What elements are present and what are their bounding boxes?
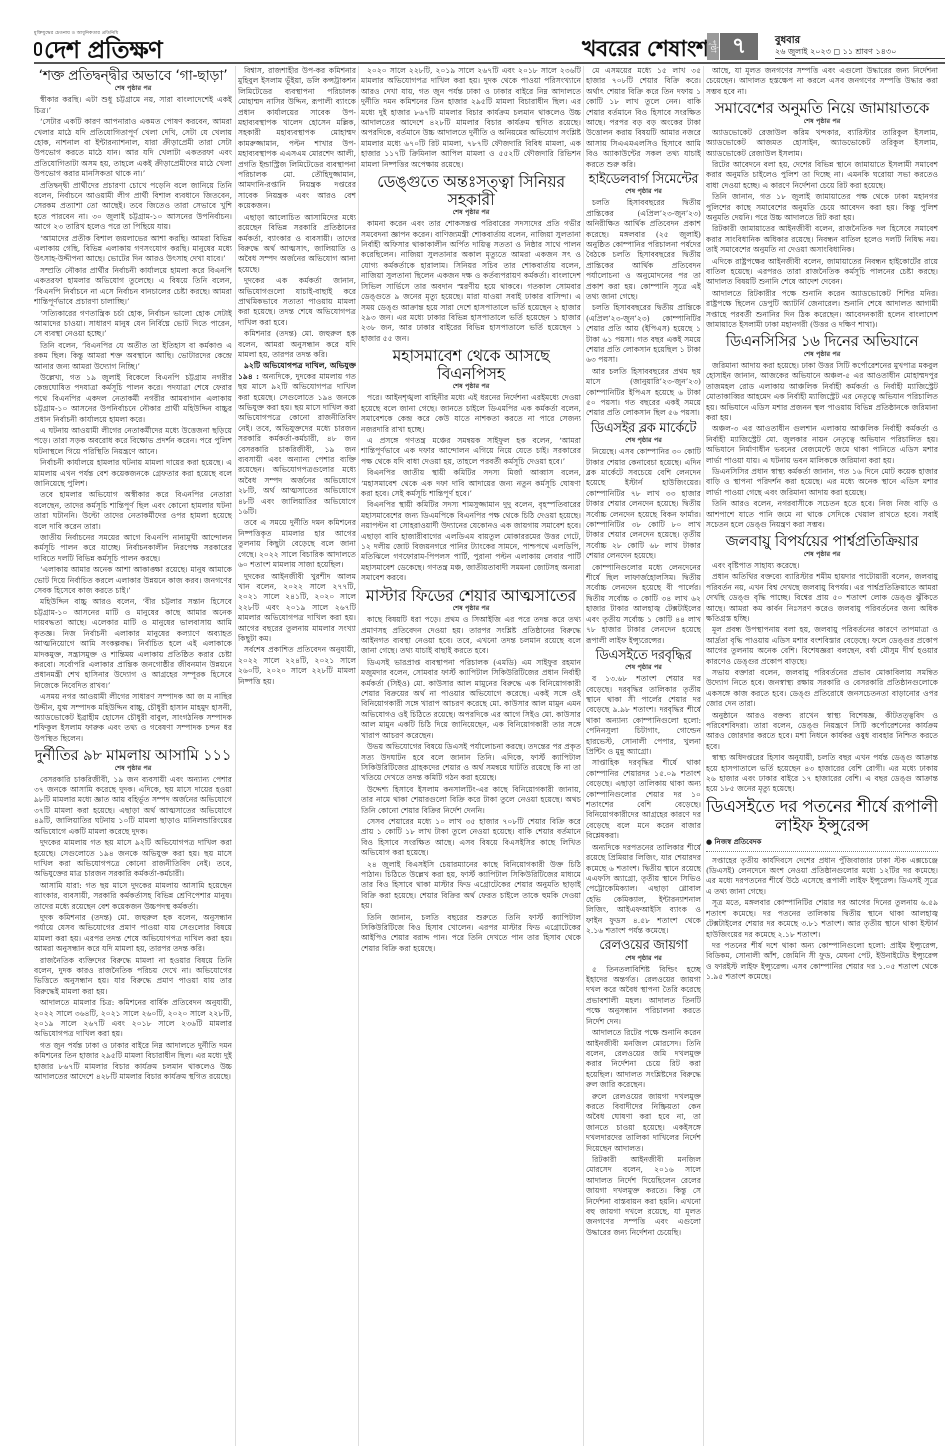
byline-text: নিজস্ব প্রতিবেদক bbox=[715, 837, 762, 846]
paragraph: অঞ্চল-৩ এর আওতাধীন গুলশান এলাকায় আঞ্চলি… bbox=[706, 424, 938, 466]
paragraph: তিনি জানান, চলতি বছরের শুরুতে তিনি ফার্স… bbox=[361, 913, 581, 955]
paragraph: প্রধান অতিথির বক্তব্যে ব্যারিস্টার শমীম … bbox=[706, 572, 938, 624]
article-jamaat: সমাবেশের অনুমতি নিয়ে জামায়াতকে শেষ পৃষ… bbox=[706, 100, 938, 330]
masthead: মুক্তিযুদ্ধের চেতনায় ও আধুনিকতার প্রতিন… bbox=[0, 0, 945, 62]
paragraph: রুলে রেলওয়ের জায়গা দখলমুক্ত করতে বিবাদ… bbox=[586, 1092, 701, 1154]
paragraph: এছাড়া আলোচিত আসামিদের মধ্যে রয়েছেন বিভ… bbox=[238, 213, 356, 275]
paragraph: আসামি যারা: গত ছয় মাসে দুদকের মামলায় আ… bbox=[34, 881, 232, 912]
paragraph: স্বাস্থ্য অধিদপ্তরের হিসাব অনুযায়ী, চলত… bbox=[706, 753, 938, 795]
paragraph: পরে। আইনশৃঙ্খলা বাহিনীর মধ্যে এই ধরনের ন… bbox=[361, 393, 581, 435]
paragraph: দুদক কমিশনার (তদন্ত) মো. জহুরুল হক বলেন,… bbox=[34, 913, 232, 955]
paragraph: জরিমানা আদায় করা হয়েছে। ঢাকা উত্তর সিট… bbox=[706, 361, 938, 423]
page-number: ৭ bbox=[720, 33, 758, 60]
paragraph: রিটকারী আইনজীবী মনজিল মোরসেদ বলেন, ২০১৬ … bbox=[586, 1155, 701, 1238]
paragraph: কোম্পানিগুলোর মধ্যে লেনদেনের শীর্ষে ছিল … bbox=[586, 563, 701, 646]
headline[interactable]: ডিএসইর ব্লক মার্কেটে bbox=[586, 422, 701, 436]
continued-label: শেষ পৃষ্ঠার পর bbox=[706, 350, 938, 359]
headline[interactable]: ‘শক্ত প্রতিদ্বন্দ্বীর অভাবে ‘গা-ছাড়া’ bbox=[34, 69, 232, 84]
paragraph: অনুষ্ঠানে আরও বক্তব্য রাখেন স্বাস্থ্য বি… bbox=[706, 711, 938, 753]
paragraph: সাপ্তাহিক দরবৃদ্ধির শীর্ষে থাকা কোম্পানি… bbox=[586, 758, 701, 841]
paragraph: স্বীকার করছি। এটা শুধু চট্টগ্রামে নয়, স… bbox=[34, 95, 232, 116]
paragraph: তিনি জানান, গত ১৮ জুলাই জামায়াতের পক্ষ … bbox=[706, 192, 938, 223]
continued-label: শেষ পৃষ্ঠার পর bbox=[706, 550, 938, 559]
continued-label: শেষ পৃষ্ঠার পর bbox=[586, 187, 701, 196]
paragraph: বিএনপির জাতীয় স্থায়ী কমিটির সদস্য মির্… bbox=[361, 468, 581, 499]
paragraph: তবে এ সময়ে দুর্নীতি দমন কমিশনের নিষ্পত্… bbox=[238, 518, 356, 570]
paragraph: কাছে বিষয়টি ধরা পড়ে। প্রথম ও সিআইজি এর… bbox=[361, 615, 581, 657]
article-dengue: ডেঙ্গুতে অন্তঃসত্ত্বা সিনিয়র সহকারী শেষ… bbox=[361, 173, 581, 344]
continued-label: শেষ পৃষ্ঠার পর bbox=[361, 604, 581, 613]
paragraph: ‘এলাকায় আমার অনেক আশা আকাঙ্ক্ষা রয়েছে।… bbox=[34, 565, 232, 596]
emblem-icon bbox=[34, 42, 42, 56]
paragraph: জাতীয় নির্বাচনের সময়ের আগে বিএনপি নানা… bbox=[34, 533, 232, 564]
article-railway: রেলওয়ের জায়গা শেষ পৃষ্ঠার পর ৫ তিনতলাব… bbox=[586, 939, 701, 1238]
paragraph: সেসব শেয়ারের মধ্যে ১০ লাখ ৩৫ হাজার ৭০৮ট… bbox=[361, 817, 581, 859]
headline[interactable]: রেলওয়ের জায়গা bbox=[586, 939, 701, 953]
paragraph: বিশ্বাস, রাজশাহীর উপ-কর কমিশনার মুহিবুল … bbox=[238, 66, 356, 212]
article-heidelberg: হাইডেলবার্গ সিমেন্টের শেষ পৃষ্ঠার পর চলত… bbox=[586, 173, 701, 419]
column-divider bbox=[583, 66, 584, 1446]
headline[interactable]: দুর্নীতির ৯৮ মামলায় আসামি ১১১ bbox=[34, 747, 232, 764]
paragraph: সর্বশেষ প্রকাশিত প্রতিবেদন অনুযায়ী, ২০২… bbox=[238, 645, 356, 687]
date-divider bbox=[775, 58, 945, 59]
paragraph: ব ১৩.৬৮ শতাংশ শেয়ার দর বেড়েছে। দরবৃদ্ধ… bbox=[586, 674, 701, 757]
continued-label: শেষ পৃষ্ঠার পর bbox=[34, 764, 232, 773]
paragraph: প্রতিদ্বন্দ্বী প্রার্থীদের প্রচারণা চোখে… bbox=[34, 181, 232, 233]
column-1: ‘শক্ত প্রতিদ্বন্দ্বীর অভাবে ‘গা-ছাড়া’ শ… bbox=[34, 66, 232, 1448]
brand-name: দেশ প্রতিক্ষণ bbox=[44, 36, 162, 64]
continued-label: শেষ পৃষ্ঠার পর bbox=[706, 117, 938, 126]
paragraph: আদালতে রিটকারীর পক্ষে শুনানি করেন অ্যাডভ… bbox=[706, 289, 938, 331]
paragraph: দুদকের মামলায় গত ছয় মাসে ৯২টি অভিযোগপত… bbox=[34, 838, 232, 880]
continued-label: শেষ পৃষ্ঠার পর bbox=[586, 663, 701, 672]
paragraph: ‘সত্যিকারের গণতান্ত্রিক চর্চা হোক, নির্ব… bbox=[34, 309, 232, 340]
paragraph: সপ্তাহের তৃতীয় কার্যদিবসে দেশের প্রধান … bbox=[706, 856, 938, 898]
headline[interactable]: জলবায়ু বিপর্যয়ের পার্শ্বপ্রতিক্রিয়ার bbox=[706, 533, 938, 550]
paragraph: ডিএনসিসির প্রধান স্বাস্থ্য কর্মকর্তা জান… bbox=[706, 467, 938, 498]
column-divider bbox=[358, 66, 359, 1446]
paragraph: মে এসময়ের মধ্যে ১৫ লাখ ৩৫ হাজার ৭০৮টি শ… bbox=[586, 66, 701, 170]
paragraph: ২৪ জুলাই বিএসইসি চেয়ারম্যানের কাছে বিনি… bbox=[361, 860, 581, 912]
paragraph: মহিউদ্দিন বাচ্চু আরও বলেন, ‘বীর চট্টলার … bbox=[34, 597, 232, 691]
paragraph: ‘সেটার একটি কারণ আপনারাও একমত পোষণ করবেন… bbox=[34, 117, 232, 179]
byline: ● নিজস্ব প্রতিবেদক bbox=[706, 837, 938, 847]
paragraph: ২০২০ সালে ২২৮টি, ২০১৯ সালে ২৬৭টি এবং ২০১… bbox=[361, 66, 581, 170]
paragraph: ডিএসই ভারপ্রাপ্ত ব্যবস্থাপনা পরিচালক (এম… bbox=[361, 658, 581, 741]
column-2: বিশ্বাস, রাজশাহীর উপ-কর কমিশনার মুহিবুল … bbox=[238, 66, 356, 1448]
paragraph: উভয় অভিযোগের বিষয়ে ডিএসই পর্যালোচনা কর… bbox=[361, 742, 581, 784]
paragraph: তিনি বলেন, ‘বিএনপির যে অতীত তা ইতিহাস বা… bbox=[34, 341, 232, 372]
column-5: আছে, যা মূলত জনগণের সম্পত্তি এবং এগুলো উ… bbox=[706, 66, 938, 1448]
paragraph: অন্যদিকে, দুদকের মামলায় গত ছয় মাসে ৯২ট… bbox=[238, 372, 356, 516]
headline[interactable]: ডিএনসিসির ১৬ দিনের অভিযানে bbox=[706, 333, 938, 350]
article-durniti: দুর্নীতির ৯৮ মামলায় আসামি ১১১ শেষ পৃষ্ঠ… bbox=[34, 747, 232, 1082]
headline[interactable]: ডিএসইতে দর পতনের শীর্ষে রূপালী লাইফ ইন্স… bbox=[706, 798, 938, 835]
paragraph: উদ্দেশ্য হিসাবে ইসলাম কনসালটিং-এর কাছে ব… bbox=[361, 785, 581, 816]
article-block-market: ডিএসইর ব্লক মার্কেটে শেষ পৃষ্ঠার পর নিয়… bbox=[586, 422, 701, 646]
paragraph: বিএনপির স্থায়ী কমিটির সদস্য শামসুজ্জামা… bbox=[361, 500, 581, 583]
article-shokto: ‘শক্ত প্রতিদ্বন্দ্বীর অভাবে ‘গা-ছাড়া’ শ… bbox=[34, 69, 232, 744]
article-dorbriddhi: ডিএসইতে দরবৃদ্ধির শেষ পৃষ্ঠার পর ব ১৩.৬৮… bbox=[586, 649, 701, 936]
paragraph: দুদকের এক কর্মকর্তা জানান, অভিযোগগুলো যা… bbox=[238, 276, 356, 328]
paragraph: কামনা করেন এবং তার শোকসন্তপ্ত পরিবারের স… bbox=[361, 219, 581, 344]
column-3: ২০২০ সালে ২২৮টি, ২০১৯ সালে ২৬৭টি এবং ২০১… bbox=[361, 66, 581, 1448]
paragraph: নির্বাচনী কার্যালয়ে হামলার ঘটনায় মামলা… bbox=[34, 458, 232, 489]
dotted-divider bbox=[706, 851, 938, 852]
paragraph: আদালতে রিটের পক্ষে শুনানি করেন আইনজীবী ম… bbox=[586, 1028, 701, 1090]
brand-logo: মুক্তিযুদ্ধের চেতনায় ও আধুনিকতার প্রতিন… bbox=[34, 30, 162, 62]
continued-label: শেষ পৃষ্ঠার পর bbox=[361, 382, 581, 391]
paragraph: চলতি হিসাববছরের দ্বিতীয় প্রান্তিকে (এপ্… bbox=[586, 303, 701, 365]
continued-label: শেষ পৃষ্ঠার পর bbox=[586, 436, 701, 445]
paragraph: কমিশনার (তদন্ত) মো. জহুরুল হক বলেন, আমরা… bbox=[238, 329, 356, 360]
article-master-feed: মাস্টার ফিডের শেয়ার আত্মসাতের শেষ পৃষ্ঠ… bbox=[361, 587, 581, 955]
paragraph: রিটের আবেদনে বলা হয়, দেশের বিভিন্ন স্থা… bbox=[706, 160, 938, 191]
continued-label: শেষ পৃষ্ঠার পর bbox=[586, 954, 701, 963]
paragraph: সূত্র মতে, মঙ্গলবার কোম্পানিটির শেয়ার দ… bbox=[706, 898, 938, 940]
paragraph: চলতি হিসাববছরের দ্বিতীয় প্রান্তিকের (এপ… bbox=[586, 198, 701, 302]
paragraph: সভায় বক্তারা বলেন, জলবায়ু পরিবর্তনের প… bbox=[706, 668, 938, 710]
column-divider bbox=[235, 66, 236, 1446]
paragraph: এ ঘটনায় আওয়ামী লীগের নেতাকর্মীদের মধ্য… bbox=[34, 426, 232, 457]
continued-label: শেষ পৃষ্ঠার পর bbox=[361, 208, 581, 217]
paragraph: এবং বৃষ্টিপাত সাহায্য করেছে। bbox=[706, 561, 938, 571]
paragraph: আর চলতি হিসাববছরের প্রথম ছয় মাসে (জানুয… bbox=[586, 367, 701, 419]
paragraph: এ প্রসঙ্গে গণতন্ত্র মঞ্চের সমন্বয়ক সাইফ… bbox=[361, 436, 581, 467]
paragraph: তিনি আরও বলেন, নগরবাসীকে সচেতন হতে হবে। … bbox=[706, 499, 938, 530]
paragraph: দুদকের আইনজীবী খুরশীদ আলম খান বলেন, ২০২২… bbox=[238, 572, 356, 645]
paragraph: অ্যাডভোকেট রেজাউল করিম খন্দকার, ব্যারিস্… bbox=[706, 128, 938, 159]
continued-label: শেষ পৃষ্ঠার পর bbox=[34, 84, 232, 93]
paragraph: ৫ তিনতলাবিশিষ্ট বিল্ডিং হচ্ছে ইহাদের অন্… bbox=[586, 965, 701, 1027]
paragraph: আদালতে মামলার চিত্র: কমিশনের বার্ষিক প্র… bbox=[34, 998, 232, 1040]
paragraph: রিটকারী জামায়াতের আইনজীবী বলেন, রাজনৈতি… bbox=[706, 224, 938, 255]
paragraph: এসময় নগর আওয়ামী লীগের সাধারণ সম্পাদক আ… bbox=[34, 692, 232, 744]
paragraph: অন্যদিকে দরপতনের তালিকার শীর্ষে রয়েছে প… bbox=[586, 843, 701, 937]
masthead-divider bbox=[34, 62, 945, 64]
headline[interactable]: ডেঙ্গুতে অন্তঃসত্ত্বা সিনিয়র সহকারী bbox=[361, 173, 581, 208]
paragraph: এদিকে রাষ্ট্রপক্ষের আইনজীবী বলেন, জামায়… bbox=[706, 257, 938, 288]
article-jolobayu: জলবায়ু বিপর্যয়ের পার্শ্বপ্রতিক্রিয়ার … bbox=[706, 533, 938, 794]
headline[interactable]: হাইডেলবার্গ সিমেন্টের bbox=[586, 173, 701, 187]
article-dncc: ডিএনসিসির ১৬ দিনের অভিযানে শেষ পৃষ্ঠার প… bbox=[706, 333, 938, 530]
article-rupali: ডিএসইতে দর পতনের শীর্ষে রূপালী লাইফ ইন্স… bbox=[706, 798, 938, 983]
paragraph: তবে হামলার অভিযোগ অস্বীকার করে বিএনপির ন… bbox=[34, 490, 232, 532]
column-divider bbox=[703, 66, 704, 1446]
paragraph: গত জুন পর্যন্ত ঢাকা ও ঢাকার বাইরে নিম্ন … bbox=[34, 1041, 232, 1083]
paragraph: রাজনৈতিক ব্যক্তিদের বিরুদ্ধে মামলা না হও… bbox=[34, 956, 232, 998]
paragraph: আছে, যা মূলত জনগণের সম্পত্তি এবং এগুলো উ… bbox=[706, 66, 938, 97]
headline[interactable]: ডিএসইতে দরবৃদ্ধির bbox=[586, 649, 701, 663]
paragraph: ‘আমাদের প্রতীক বিশাল জয়লাভের আশা করছি। … bbox=[34, 234, 232, 265]
paragraph: নিয়েছে। এসব কোম্পানির ৩০ কোটি টাকার শেয… bbox=[586, 447, 701, 561]
page-label: পৃষ্ঠা bbox=[707, 33, 719, 60]
paragraph: দর পতনের শীর্ষ দশে থাকা অন্য কোম্পানিগুল… bbox=[706, 941, 938, 983]
paragraph: উল্লেখ্য, গত ১৯ জুলাই বিকেলে বিএনপি চট্ট… bbox=[34, 373, 232, 425]
headline[interactable]: সমাবেশের অনুমতি নিয়ে জামায়াতকে bbox=[706, 100, 938, 117]
paragraph: সম্প্রতি নৌকার প্রার্থীর নির্বাচনী কার্য… bbox=[34, 266, 232, 308]
paragraph: মূল প্রবন্ধ উপস্থাপনায় বলা হয়, জলবায়ু… bbox=[706, 625, 938, 667]
article-mohasomabesh: মহাসমাবেশ থেকে আসছে বিএনপিসহ শেষ পৃষ্ঠার… bbox=[361, 347, 581, 584]
headline[interactable]: মাস্টার ফিডের শেয়ার আত্মসাতের bbox=[361, 587, 581, 605]
paragraph: বেসরকারি চাকরিজীবী, ১৯ জন ব্যবসায়ী এবং … bbox=[34, 775, 232, 837]
headline[interactable]: মহাসমাবেশ থেকে আসছে বিএনপিসহ bbox=[361, 347, 581, 382]
column-4: মে এসময়ের মধ্যে ১৫ লাখ ৩৫ হাজার ৭০৮টি শ… bbox=[586, 66, 701, 1448]
